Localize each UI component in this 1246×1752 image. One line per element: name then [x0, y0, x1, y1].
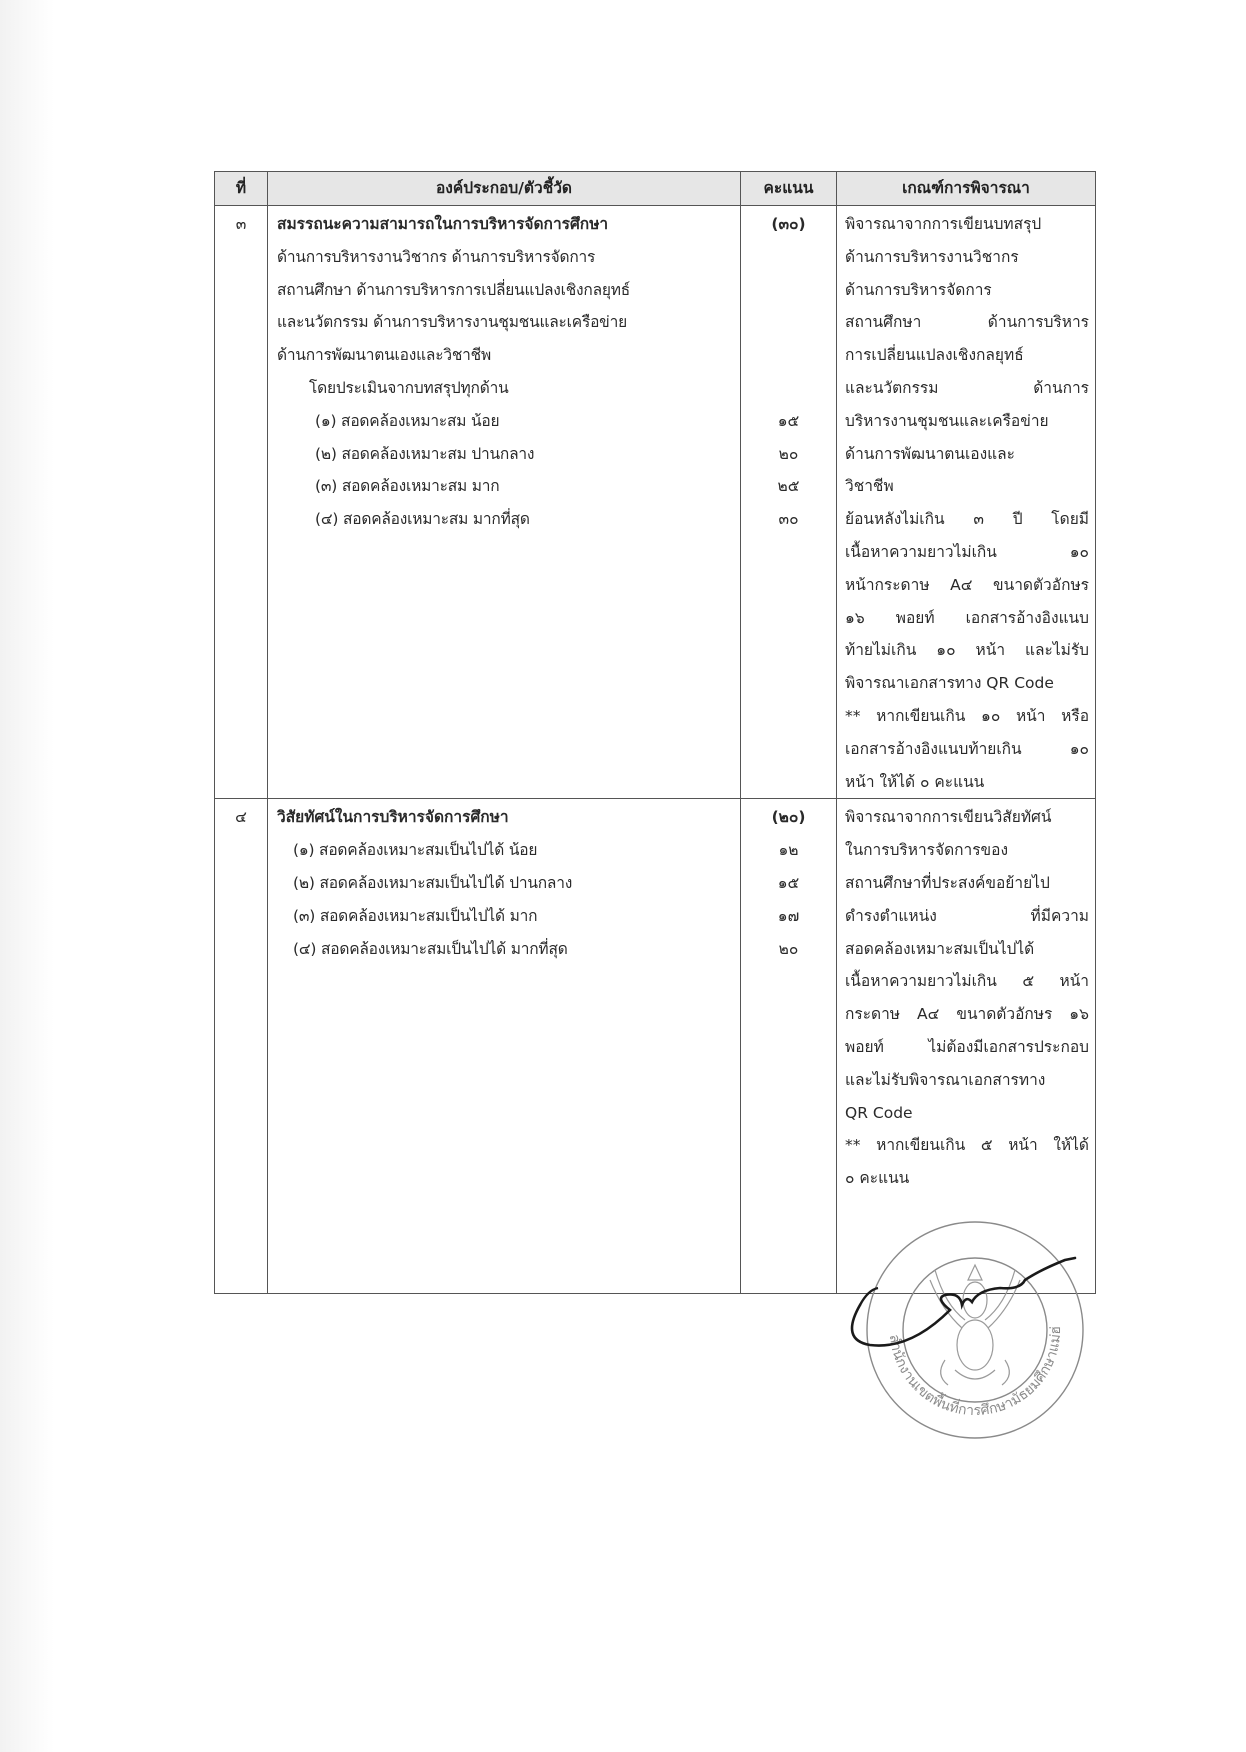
level-label: (๓) สอดคล้องเหมาะสม มาก: [277, 470, 734, 503]
criteria-line: ด้านการบริหารจัดการ: [845, 274, 1089, 307]
component-title: วิสัยทัศน์ในการบริหารจัดการศึกษา: [277, 801, 734, 834]
component-description-line: และนวัตกรรม ด้านการบริหารงานชุมชนและเครื…: [277, 306, 734, 339]
criteria-line: พิจารณาจากการเขียนบทสรุป: [845, 208, 1089, 241]
component-description-line: ด้านการพัฒนาตนเองและวิชาชีพ: [277, 339, 734, 372]
criteria-line: ** หากเขียนเกิน ๑๐ หน้า หรือ: [845, 700, 1089, 733]
score-cell: (๓๐) ๑๕ ๒๐ ๒๕ ๓๐: [741, 206, 837, 799]
evaluation-criteria-table: ที่ องค์ประกอบ/ตัวชี้วัด คะแนน เกณฑ์การพ…: [214, 171, 1096, 1294]
scan-page-edge: [0, 0, 90, 1752]
level-label: (๑) สอดคล้องเหมาะสมเป็นไปได้ น้อย: [277, 834, 734, 867]
component-description-line: สถานศึกษา ด้านการบริหารการเปลี่ยนแปลงเชิ…: [277, 274, 734, 307]
level-score: ๑๕: [741, 405, 836, 438]
criteria-line: บริหารงานชุมชนและเครือข่าย: [845, 405, 1089, 438]
level-score: ๒๕: [741, 470, 836, 503]
criteria-line: ในการบริหารจัดการของ: [845, 834, 1089, 867]
criteria-line: พิจารณาเอกสารทาง QR Code: [845, 667, 1089, 700]
component-title: สมรรถนะความสามารถในการบริหารจัดการศึกษา: [277, 208, 734, 241]
criteria-line: หน้า ให้ได้ ๐ คะแนน: [845, 766, 1089, 799]
criteria-line: เนื้อหาความยาวไม่เกิน ๕ หน้า: [845, 965, 1089, 998]
component-sub-heading: โดยประเมินจากบทสรุปทุกด้าน: [277, 372, 734, 405]
criteria-cell: พิจารณาจากการเขียนวิสัยทัศน์ในการบริหารจ…: [837, 799, 1096, 1294]
criteria-line: สถานศึกษาที่ประสงค์ขอย้ายไป: [845, 867, 1089, 900]
criteria-line: เนื้อหาความยาวไม่เกิน ๑๐: [845, 536, 1089, 569]
level-label: (๓) สอดคล้องเหมาะสมเป็นไปได้ มาก: [277, 900, 734, 933]
criteria-line: หน้ากระดาษ A๔ ขนาดตัวอักษร: [845, 569, 1089, 602]
criteria-line: กระดาษ A๔ ขนาดตัวอักษร ๑๖: [845, 998, 1089, 1031]
header-criteria: เกณฑ์การพิจารณา: [837, 172, 1096, 206]
level-label: (๑) สอดคล้องเหมาะสม น้อย: [277, 405, 734, 438]
level-score: ๑๗: [741, 900, 836, 933]
criteria-line: การเปลี่ยนแปลงเชิงกลยุทธ์: [845, 339, 1089, 372]
criteria-line: สถานศึกษา ด้านการบริหาร: [845, 306, 1089, 339]
criteria-line: ด้านการพัฒนาตนเองและ: [845, 438, 1089, 471]
header-no: ที่: [215, 172, 268, 206]
level-label: (๔) สอดคล้องเหมาะสมเป็นไปได้ มากที่สุด: [277, 933, 734, 966]
component-cell: วิสัยทัศน์ในการบริหารจัดการศึกษา (๑) สอด…: [268, 799, 741, 1294]
criteria-line: ** หากเขียนเกิน ๕ หน้า ให้ได้: [845, 1129, 1089, 1162]
criteria-line: วิชาชีพ: [845, 470, 1089, 503]
level-label: (๒) สอดคล้องเหมาะสมเป็นไปได้ ปานกลาง: [277, 867, 734, 900]
criteria-line: และไม่รับพิจารณาเอกสารทาง: [845, 1064, 1089, 1097]
table-header-row: ที่ องค์ประกอบ/ตัวชี้วัด คะแนน เกณฑ์การพ…: [215, 172, 1096, 206]
criteria-cell: พิจารณาจากการเขียนบทสรุปด้านการบริหารงาน…: [837, 206, 1096, 799]
criteria-line: และนวัตกรรม ด้านการ: [845, 372, 1089, 405]
criteria-line: ๐ คะแนน: [845, 1162, 1089, 1195]
criteria-line: ดำรงตำแหน่ง ที่มีความ: [845, 900, 1089, 933]
table-row: ๔ วิสัยทัศน์ในการบริหารจัดการศึกษา (๑) ส…: [215, 799, 1096, 1294]
header-component: องค์ประกอบ/ตัวชี้วัด: [268, 172, 741, 206]
level-score: ๑๒: [741, 834, 836, 867]
level-label: (๔) สอดคล้องเหมาะสม มากที่สุด: [277, 503, 734, 536]
component-cell: สมรรถนะความสามารถในการบริหารจัดการศึกษา …: [268, 206, 741, 799]
level-label: (๒) สอดคล้องเหมาะสม ปานกลาง: [277, 438, 734, 471]
component-description-line: ด้านการบริหารงานวิชากร ด้านการบริหารจัดก…: [277, 241, 734, 274]
criteria-line: ท้ายไม่เกิน ๑๐ หน้า และไม่รับ: [845, 634, 1089, 667]
criteria-line: ๑๖ พอยท์ เอกสารอ้างอิงแนบ: [845, 602, 1089, 635]
level-score: ๑๕: [741, 867, 836, 900]
criteria-line: พอยท์ ไม่ต้องมีเอกสารประกอบ: [845, 1031, 1089, 1064]
criteria-line: พิจารณาจากการเขียนวิสัยทัศน์: [845, 801, 1089, 834]
criteria-line: ด้านการบริหารงานวิชากร: [845, 241, 1089, 274]
score-cell: (๒๐) ๑๒ ๑๕ ๑๗ ๒๐: [741, 799, 837, 1294]
level-score: ๓๐: [741, 503, 836, 536]
criteria-line: ย้อนหลังไม่เกิน ๓ ปี โดยมี: [845, 503, 1089, 536]
criteria-line: QR Code: [845, 1097, 1089, 1130]
row-number: ๓: [215, 206, 268, 799]
level-score: ๒๐: [741, 933, 836, 966]
header-score: คะแนน: [741, 172, 837, 206]
criteria-line: เอกสารอ้างอิงแนบท้ายเกิน ๑๐: [845, 733, 1089, 766]
criteria-line: สอดคล้องเหมาะสมเป็นไปได้: [845, 933, 1089, 966]
table-row: ๓ สมรรถนะความสามารถในการบริหารจัดการศึกษ…: [215, 206, 1096, 799]
level-score: ๒๐: [741, 438, 836, 471]
total-score: (๓๐): [741, 208, 836, 241]
row-number: ๔: [215, 799, 268, 1294]
total-score: (๒๐): [741, 801, 836, 834]
